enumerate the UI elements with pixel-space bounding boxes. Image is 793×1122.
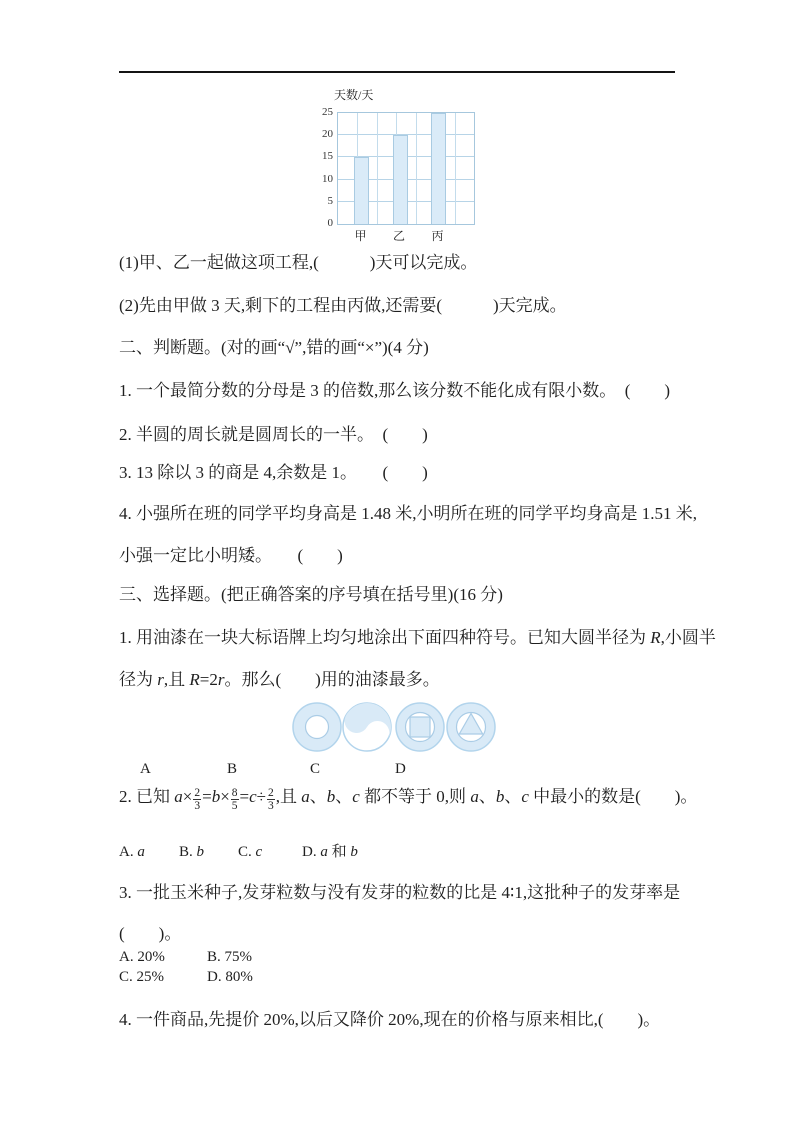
symbol-label-d: D (395, 760, 406, 778)
ring-icon (291, 701, 343, 753)
bar-乙 (393, 135, 408, 224)
y-tick-15: 15 (316, 150, 333, 162)
choice-question-3-option-d: D. 80% (207, 968, 253, 986)
bar-甲 (354, 157, 369, 224)
top-divider (119, 71, 675, 73)
symbol-label-a: A (140, 760, 151, 778)
choice-question-3-option-a: A. 20% (119, 948, 165, 966)
ring-symbol (291, 701, 343, 753)
judge-section-heading: 二、判断题。(对的画“√”,错的画“×”)(4 分) (119, 337, 429, 358)
choice-question-2-option-b: B. b (179, 843, 204, 861)
x-label-丙: 丙 (430, 227, 446, 244)
x-label-甲: 甲 (353, 227, 369, 244)
triangle-in-circle-icon (445, 701, 497, 753)
square-in-circle-icon (394, 701, 446, 753)
judge-question-4-line2: 小强一定比小明矮。 ( ) (119, 545, 343, 566)
fill-question-2: (2)先由甲做 3 天,剩下的工程由丙做,还需要( )天完成。 (119, 295, 567, 316)
fill-question-1: (1)甲、乙一起做这项工程,( )天可以完成。 (119, 252, 477, 273)
choice-question-2-option-d: D. a 和 b (302, 843, 358, 861)
judge-question-4-line1: 4. 小强所在班的同学平均身高是 1.48 米,小明所在班的同学平均身高是 1.… (119, 503, 697, 524)
choice-question-3-line1: 3. 一批玉米种子,发芽粒数与没有发芽的粒数的比是 4∶1,这批种子的发芽率是 (119, 882, 680, 903)
symbol-label-c: C (310, 760, 320, 778)
bar-丙 (431, 113, 446, 224)
choice-question-4: 4. 一件商品,先提价 20%,以后又降价 20%,现在的价格与原来相比,( )… (119, 1009, 660, 1030)
bar-chart-plot (337, 112, 475, 225)
choice-question-3-option-b: B. 75% (207, 948, 252, 966)
judge-question-3: 3. 13 除以 3 的商是 4,余数是 1。 ( ) (119, 462, 428, 483)
y-tick-20: 20 (316, 128, 333, 140)
yinyang-symbol (341, 701, 393, 753)
x-label-乙: 乙 (391, 227, 407, 244)
bar-chart-ylabel: 天数/天 (334, 86, 373, 103)
choice-section-heading: 三、选择题。(把正确答案的序号填在括号里)(16 分) (119, 584, 503, 605)
choice-question-3-option-c: C. 25% (119, 968, 164, 986)
choice-question-2-stem: 2. 已知 a×23=b×85=c÷23,且 a、b、c 都不等于 0,则 a、… (119, 786, 697, 812)
triangle-in-circle-symbol (445, 701, 497, 753)
judge-question-2: 2. 半圆的周长就是圆周长的一半。 ( ) (119, 424, 428, 445)
bar-chart-xlabels: 甲乙丙 (337, 227, 473, 243)
y-tick-5: 5 (316, 195, 333, 207)
choice-question-1-line1: 1. 用油漆在一块大标语牌上均匀地涂出下面四种符号。已知大圆半径为 R,小圆半 (119, 627, 716, 648)
yinyang-icon (341, 701, 393, 753)
y-tick-25: 25 (316, 106, 333, 118)
choice-question-2-option-a: A. a (119, 843, 145, 861)
y-tick-0: 0 (316, 217, 333, 229)
y-tick-10: 10 (316, 173, 333, 185)
choice-question-2-option-c: C. c (238, 843, 262, 861)
judge-question-1: 1. 一个最简分数的分母是 3 的倍数,那么该分数不能化成有限小数。 ( ) (119, 380, 670, 401)
work-days-bar-chart: 天数/天 0510152025 甲乙丙 (316, 84, 494, 246)
test-paper-page: 天数/天 0510152025 甲乙丙 (1)甲、乙一起做这项工程,( )天可以… (0, 0, 793, 1122)
square-in-circle-symbol (394, 701, 446, 753)
choice-question-1-line2: 径为 r,且 R=2r。那么( )用的油漆最多。 (119, 669, 440, 690)
symbol-label-b: B (227, 760, 237, 778)
choice-question-3-line2: ( )。 (119, 923, 181, 944)
